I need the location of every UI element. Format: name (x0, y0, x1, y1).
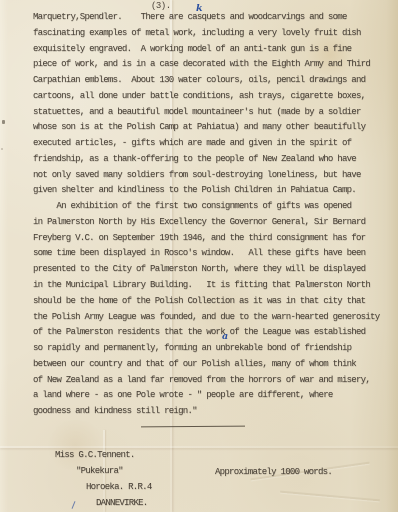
body-line: presented to the City of Palmerston Nort… (33, 262, 379, 278)
body-line: statuettes, and a beautiful model mounta… (33, 105, 379, 121)
body-line: the Polish Army League was founded, and … (33, 310, 379, 326)
closing-rule (141, 426, 245, 428)
paper-stain (40, 420, 110, 470)
body-line: Marquetry,Spendler. There are casquets a… (33, 10, 379, 26)
body-line: given shelter and kindliness to the Poli… (33, 183, 379, 199)
sender-name: Miss G.C.Tennent. (55, 449, 135, 461)
paper-speck (2, 120, 5, 124)
body-line: friendship, as a thank-offering to the p… (33, 152, 379, 168)
paper-speck (1, 148, 3, 150)
handwritten-correction-a: a (222, 332, 228, 341)
body-line: not only saved many soldiers from soul-d… (33, 168, 379, 184)
body-line: of New Zealand as a land far removed fro… (33, 373, 379, 389)
typed-body: Marquetry,Spendler. There are casquets a… (33, 10, 379, 420)
body-line: so rapidly and permanently, forming an u… (33, 341, 379, 357)
sender-town: DANNEVIRKE. (96, 497, 148, 509)
handwritten-correction-k: k (196, 4, 203, 13)
body-line: whose son is at the Polish Camp at Pahia… (33, 120, 379, 136)
body-line: should be the home of the Polish Collect… (33, 294, 379, 310)
sender-locality: Horoeka. R.R.4 (86, 481, 152, 493)
body-line: between our country and that of our Poli… (33, 357, 379, 373)
body-line: in the Municipal Library Building. It is… (33, 278, 379, 294)
body-line: piece of work, and is in a case decorate… (33, 57, 379, 73)
body-line: Carpathian emblems. About 130 water colo… (33, 73, 379, 89)
paper-wrinkle (280, 491, 380, 501)
ink-mark (72, 501, 76, 509)
body-line: Freyberg V.C. on September 19th 1946, an… (33, 231, 379, 247)
word-count: Approximately 1000 words. (215, 466, 332, 478)
body-line: executed articles, - gifts which are mad… (33, 136, 379, 152)
document-page: (3). Marquetry,Spendler. There are casqu… (0, 0, 398, 512)
body-line: goodness and kindness still reign." (33, 404, 379, 420)
body-line: cartoons, all done under battle conditio… (33, 89, 379, 105)
body-line: fascinating examples of metal work, incl… (33, 26, 379, 42)
body-line: a land where - as one Pole wrote - " peo… (33, 388, 379, 404)
body-line: of the Palmerston residents that the wor… (33, 325, 379, 341)
body-line: exquisitely engraved. A working model of… (33, 42, 379, 58)
body-line: some time been displayed in Rosco's wind… (33, 246, 379, 262)
paper-crease-horizontal (0, 446, 398, 448)
sender-house: "Pukekura" (76, 465, 123, 477)
body-line: in Palmerston North by His Excellency th… (33, 215, 379, 231)
body-line: An exhibition of the first two consignme… (33, 199, 379, 215)
